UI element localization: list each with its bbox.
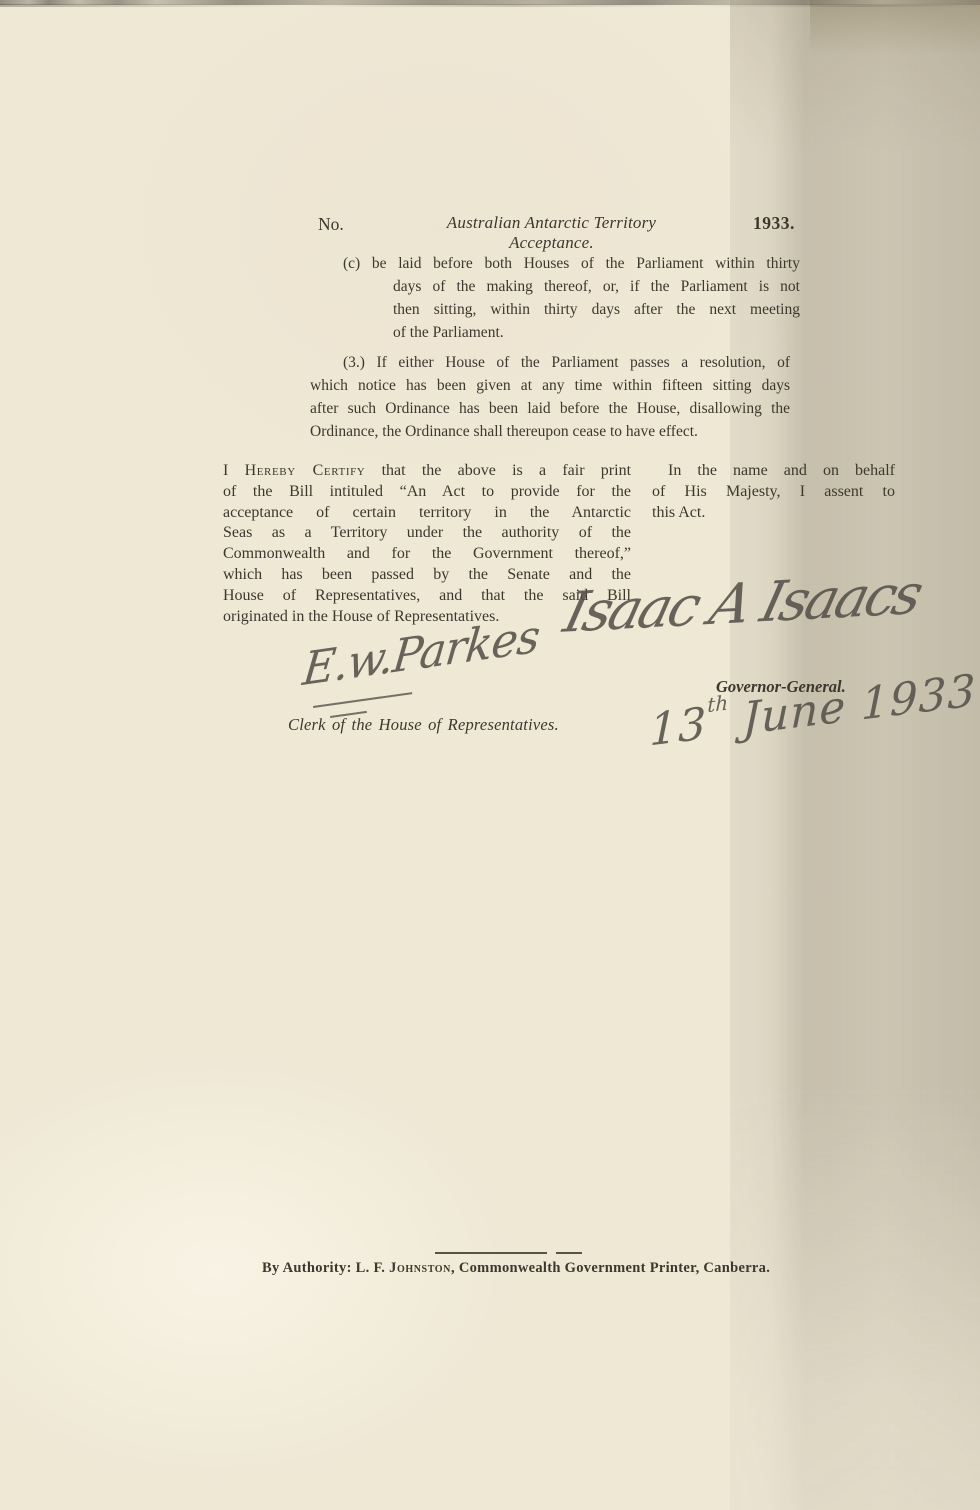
imprint-line: By Authority: L. F. Johnston, Commonweal…	[262, 1260, 742, 1277]
imprint-suffix: , Commonwealth Government Printer, Canbe…	[451, 1260, 770, 1276]
certify-phrase: Hereby Certify	[245, 462, 366, 479]
assent-line: of His Majesty, I assent to	[652, 482, 895, 503]
certification-line: I Hereby Certify that the above is a fai…	[223, 461, 631, 482]
top-right-shading	[810, 0, 980, 55]
assent-date-day: 13	[649, 698, 707, 757]
assent-date-ordinal: th	[707, 690, 728, 717]
certify-lead: I	[223, 462, 245, 479]
bill-number-label: No.	[318, 214, 344, 235]
clause-c: (c) be laid before both Houses of the Pa…	[343, 252, 800, 344]
clause-c-line: then sitting, within thirty days after t…	[393, 298, 800, 321]
assent-line: this Act.	[652, 503, 895, 524]
clause-3-line: which notice has been given at any time …	[310, 374, 790, 397]
running-title: Australian Antarctic Territory Acceptanc…	[405, 213, 698, 253]
clerk-signature-underline	[313, 692, 412, 708]
clerk-title: Clerk of the House of Representatives.	[288, 715, 559, 735]
clause-3-line: after such Ordinance has been laid befor…	[310, 397, 790, 420]
clause-c-line: of the Parliament.	[393, 321, 800, 344]
assent-line: In the name and on behalf	[652, 461, 895, 482]
certification-line: of the Bill intituled “An Act to provide…	[223, 482, 631, 503]
clause-c-line: days of the making thereof, or, if the P…	[393, 275, 800, 298]
scan-top-edge-detail	[0, 4, 980, 7]
footer-rule-segment	[556, 1252, 582, 1254]
certify-line1-rest: that the above is a fair print	[365, 462, 631, 479]
year-label: 1933.	[753, 213, 795, 234]
scanned-document-page: No. Australian Antarctic Territory Accep…	[0, 0, 980, 1510]
clause-3: (3.) If either House of the Parliament p…	[310, 351, 790, 443]
clause-c-line: (c) be laid before both Houses of the Pa…	[343, 252, 800, 275]
certification-line: Commonwealth and for the Government ther…	[223, 544, 631, 565]
footer-rule	[435, 1252, 582, 1254]
assent-paragraph: In the name and on behalf of His Majesty…	[652, 461, 895, 523]
certification-line: which has been passed by the Senate and …	[223, 565, 631, 586]
certification-line: acceptance of certain territory in the A…	[223, 503, 631, 524]
footer-rule-segment	[435, 1252, 547, 1254]
certification-line: Seas as a Territory under the authority …	[223, 523, 631, 544]
clause-3-line: (3.) If either House of the Parliament p…	[310, 351, 790, 374]
clause-3-line: Ordinance, the Ordinance shall thereupon…	[310, 420, 790, 443]
imprint-prefix: By Authority: L. F.	[262, 1260, 389, 1276]
printer-name: Johnston	[389, 1260, 451, 1276]
